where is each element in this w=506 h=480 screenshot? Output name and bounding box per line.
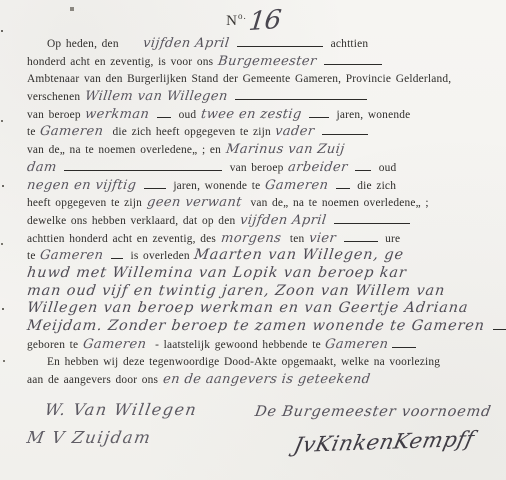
- printed-text: is overleden: [126, 250, 194, 262]
- printed-text: ten: [285, 233, 309, 245]
- printed-text: jaren, wonende te: [169, 180, 265, 192]
- printed-text: geboren te: [27, 339, 83, 351]
- handwritten-text: Gameren: [39, 247, 109, 265]
- printed-text: En hebben wij deze tegenwoordige Dood-Ak…: [47, 356, 440, 368]
- official-signature: JvKinkenKempff: [292, 427, 477, 457]
- handwritten-text: Gameren: [324, 336, 389, 354]
- printed-text: aan de aangevers door ons: [27, 374, 163, 386]
- handwritten-text: Willegen van beroep werkman en van Geert…: [26, 300, 469, 318]
- handwritten-text: dam: [26, 159, 62, 177]
- blank-rule: [392, 343, 416, 348]
- handwritten-text: en de aangevers is geteekend: [162, 371, 372, 389]
- handwritten-text: geen verwant: [146, 194, 247, 212]
- official-title: De Burgemeester voornoemd: [254, 404, 493, 420]
- handwritten-text: morgens: [220, 230, 287, 248]
- witness-signature-2: M V Zuijdam: [25, 428, 152, 447]
- handwritten-text: vier: [308, 230, 342, 248]
- printed-text: van de„ na te noemen overledene„ ; en: [27, 144, 226, 156]
- act-number-value: 16: [247, 5, 282, 37]
- printed-text: honderd acht en zeventig, is voor ons: [27, 56, 218, 68]
- printed-text: die zich heeft opgegeven te zijn: [108, 126, 276, 138]
- printed-text: die zich: [353, 180, 396, 192]
- act-line: En hebben wij deze tegenwoordige Dood-Ak…: [27, 352, 490, 370]
- blank-rule: [144, 184, 166, 189]
- handwritten-text: twee en zestig: [200, 106, 307, 124]
- printed-text: oud: [174, 109, 201, 121]
- act-line: Ambtenaar van den Burgerlijken Stand der…: [27, 69, 490, 87]
- printed-text: van beroep: [225, 162, 288, 174]
- blank-rule: [235, 95, 367, 100]
- handwritten-text: Gameren: [264, 177, 334, 195]
- act-number-header: No.16: [0, 6, 506, 36]
- act-line: dam van beroep arbeider oud: [27, 158, 490, 176]
- handwritten-text: Meijdam. Zonder beroep te zamen wonende …: [26, 318, 491, 336]
- blank-rule: [157, 113, 171, 118]
- act-line: van beroep werkman oud twee en zestig ja…: [27, 105, 490, 123]
- act-body: Op heden, den vijfden April achttienhond…: [27, 34, 490, 388]
- handwritten-text: Marinus van Zuij: [225, 141, 346, 159]
- act-line: Meijdam. Zonder beroep te zamen wonende …: [27, 317, 490, 335]
- blank-rule: [324, 60, 382, 65]
- printed-text: te: [27, 126, 40, 138]
- blank-rule: [237, 42, 323, 47]
- signature-block: W. Van Willegen M V Zuijdam De Burgemees…: [27, 398, 494, 476]
- witness-signature-1: W. Van Willegen: [43, 400, 198, 419]
- handwritten-text: man oud vijf en twintig jaren, Zoon van …: [26, 283, 446, 301]
- handwritten-text: vijfden April: [239, 212, 332, 230]
- act-line: man oud vijf en twintig jaren, Zoon van …: [27, 282, 490, 300]
- blank-rule: [493, 325, 506, 330]
- printed-text: oud: [374, 162, 396, 174]
- handwritten-text: Gameren: [39, 123, 109, 141]
- handwritten-text: Willem van Willegen: [84, 88, 233, 106]
- printed-text: dewelke ons hebben verklaard, dat op den: [27, 215, 240, 227]
- handwritten-text: negen en vijftig: [26, 177, 142, 195]
- act-line: te Gameren die zich heeft opgegeven te z…: [27, 122, 490, 140]
- act-line: dewelke ons hebben verklaard, dat op den…: [27, 211, 490, 229]
- printed-text: - laatstelijk gewoond hebbende te: [151, 339, 326, 351]
- printed-text: Ambtenaar van den Burgerlijken Stand der…: [27, 73, 451, 85]
- handwritten-text: vijfden April: [122, 35, 235, 53]
- act-line: van de„ na te noemen overledene„ ; en Ma…: [27, 140, 490, 158]
- printed-text: jaren, wonende: [332, 109, 410, 121]
- act-line: heeft opgegeven te zijn geen verwant van…: [27, 193, 490, 211]
- act-line: achttien honderd acht en zeventig, des m…: [27, 229, 490, 247]
- blank-rule: [355, 166, 371, 171]
- act-line: huwd met Willemina van Lopik van beroep …: [27, 264, 490, 282]
- blank-rule: [344, 237, 378, 242]
- handwritten-text: vader: [274, 123, 320, 141]
- act-line: negen en vijftig jaren, wonende te Gamer…: [27, 176, 490, 194]
- printed-text: van de„ na te noemen overledene„ ;: [246, 197, 429, 209]
- blank-rule: [64, 166, 222, 171]
- act-line: verschenen Willem van Willegen: [27, 87, 490, 105]
- blank-rule: [309, 113, 329, 118]
- printed-text: heeft opgegeven te zijn: [27, 197, 147, 209]
- blank-rule: [322, 130, 368, 135]
- act-line: Willegen van beroep werkman en van Geert…: [27, 299, 490, 317]
- blank-rule: [336, 184, 350, 189]
- printed-text: achttien: [326, 38, 368, 50]
- handwritten-text: Gameren: [82, 336, 152, 354]
- handwritten-text: werkman: [84, 106, 155, 124]
- act-line: te Gameren is overleden Maarten van Will…: [27, 246, 490, 264]
- printed-text: te: [27, 250, 40, 262]
- printed-text: ure: [381, 233, 401, 245]
- act-line: Op heden, den vijfden April achttien: [27, 34, 490, 52]
- act-line: honderd acht en zeventig, is voor ons Bu…: [27, 52, 490, 70]
- printed-text: verschenen: [27, 91, 85, 103]
- blank-rule: [334, 219, 410, 224]
- handwritten-text: Maarten van Willegen, ge: [193, 247, 405, 265]
- handwritten-text: arbeider: [287, 159, 353, 177]
- printed-text: achttien honderd acht en zeventig, des: [27, 233, 221, 245]
- printed-text: van beroep: [27, 109, 85, 121]
- act-number-label: No.: [226, 13, 247, 29]
- act-line: geboren te Gameren - laatstelijk gewoond…: [27, 335, 490, 353]
- death-certificate-page: No.16 Op heden, den vijfden April achtti…: [0, 0, 506, 480]
- printed-text: Op heden, den: [47, 38, 123, 50]
- act-line: aan de aangevers door ons en de aangever…: [27, 370, 490, 388]
- handwritten-text: huwd met Willemina van Lopik van beroep …: [26, 265, 408, 283]
- handwritten-text: Burgemeester: [217, 53, 322, 71]
- blank-rule: [111, 254, 123, 259]
